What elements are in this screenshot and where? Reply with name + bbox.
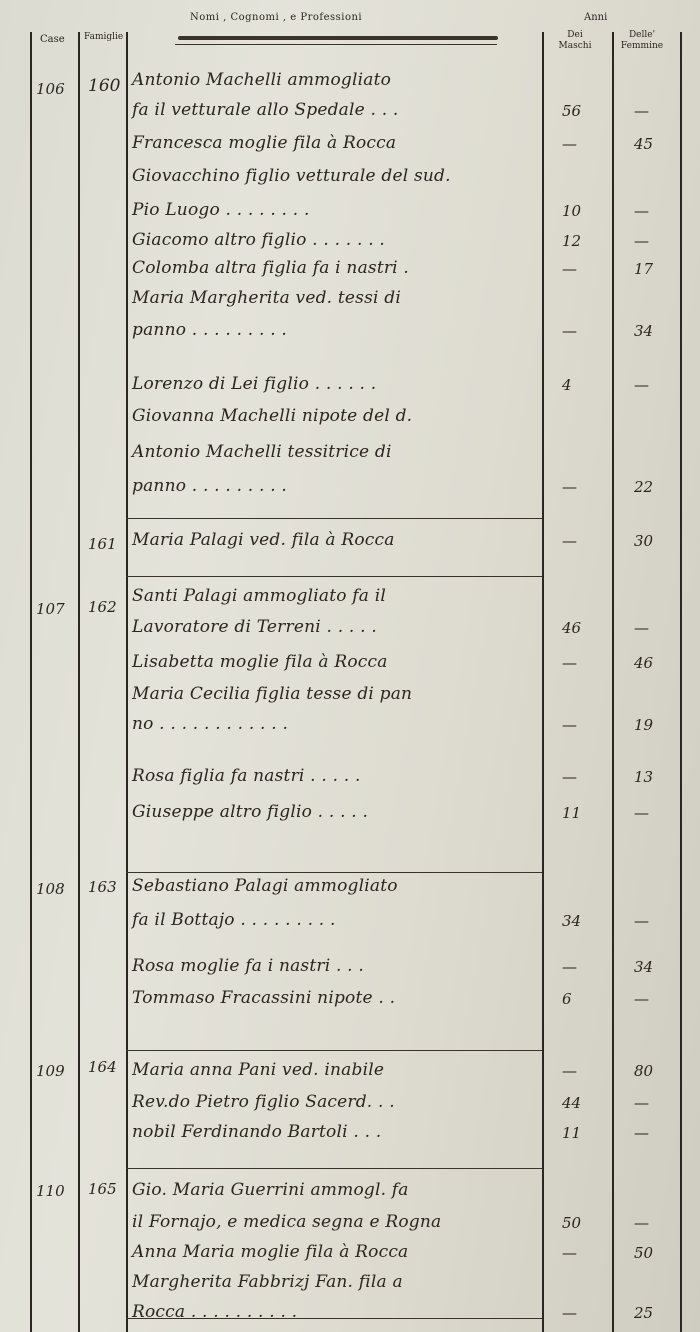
entry-text: Margherita Fabbrizj Fan. fila a <box>132 1272 403 1292</box>
age-female: — <box>634 1214 649 1232</box>
age-female: — <box>634 102 649 120</box>
header-famiglie: Famiglie <box>84 32 123 42</box>
column-rule <box>612 32 614 1332</box>
entry-text: Sebastiano Palagi ammogliato <box>132 876 398 896</box>
age-female: 34 <box>634 958 653 976</box>
age-female: 19 <box>634 716 653 734</box>
age-female: — <box>634 1124 649 1142</box>
casa-number: 106 <box>36 80 65 98</box>
entry-text: Giovanna Machelli nipote del d. <box>132 406 412 426</box>
age-female: — <box>634 990 649 1008</box>
age-male: 10 <box>562 202 581 220</box>
household-separator <box>126 576 542 577</box>
age-female: 17 <box>634 260 653 278</box>
entry-text: Antonio Machelli tessitrice di <box>132 442 392 462</box>
header-femmine: Delle' Femmine <box>616 30 668 52</box>
age-male: — <box>562 478 577 496</box>
famiglia-number: 165 <box>88 1180 117 1198</box>
age-female: 25 <box>634 1304 653 1322</box>
age-male: — <box>562 958 577 976</box>
entry-text: Lorenzo di Lei figlio . . . . . . <box>132 374 376 394</box>
age-female: 13 <box>634 768 653 786</box>
entry-text: Santi Palagi ammogliato fa il <box>132 586 386 606</box>
age-male: — <box>562 1244 577 1262</box>
famiglia-number: 163 <box>88 878 117 896</box>
header-flourish-line <box>175 44 497 45</box>
famiglia-number: 160 <box>88 76 120 96</box>
entry-text: Giuseppe altro figlio . . . . . <box>132 802 368 822</box>
age-female: — <box>634 912 649 930</box>
entry-text: Gio. Maria Guerrini ammogl. fa <box>132 1180 409 1200</box>
entry-text: fa il vetturale allo Spedale . . . <box>132 100 399 120</box>
age-male: — <box>562 135 577 153</box>
entry-text: nobil Ferdinando Bartoli . . . <box>132 1122 381 1142</box>
household-separator <box>126 1050 542 1051</box>
age-female: — <box>634 232 649 250</box>
age-male: 12 <box>562 232 581 250</box>
age-male: 4 <box>562 376 572 394</box>
famiglia-number: 162 <box>88 598 117 616</box>
age-male: 46 <box>562 619 581 637</box>
entry-text: Maria anna Pani ved. inabile <box>132 1060 384 1080</box>
age-female: — <box>634 202 649 220</box>
entry-text: Maria Margherita ved. tessi di <box>132 288 401 308</box>
casa-number: 110 <box>36 1182 65 1200</box>
age-female: 30 <box>634 532 653 550</box>
age-male: 50 <box>562 1214 581 1232</box>
age-female: — <box>634 376 649 394</box>
column-rule <box>542 32 544 1332</box>
entry-text: Rosa figlia fa nastri . . . . . <box>132 766 361 786</box>
entry-text: Lisabetta moglie fila à Rocca <box>132 652 388 672</box>
column-rule <box>78 32 80 1332</box>
header-maschi: Dei Maschi <box>553 30 597 52</box>
header-flourish <box>178 36 498 40</box>
entry-text: fa il Bottajo . . . . . . . . . <box>132 910 336 930</box>
entry-text: panno . . . . . . . . . <box>132 320 287 340</box>
age-male: — <box>562 322 577 340</box>
entry-text: Lavoratore di Terreni . . . . . <box>132 617 377 637</box>
entry-text: Rocca . . . . . . . . . . <box>132 1302 297 1322</box>
entry-text: Giacomo altro figlio . . . . . . . <box>132 230 385 250</box>
entry-text: Colomba altra figlia fa i nastri . <box>132 258 409 278</box>
famiglia-number: 161 <box>88 535 117 553</box>
age-male: 56 <box>562 102 581 120</box>
entry-text: Antonio Machelli ammogliato <box>132 70 391 90</box>
header-anni: Anni <box>584 12 607 23</box>
entry-text: Pio Luogo . . . . . . . . <box>132 200 310 220</box>
age-male: 11 <box>562 1124 581 1142</box>
age-male: — <box>562 260 577 278</box>
age-male: — <box>562 654 577 672</box>
column-rule <box>680 32 682 1332</box>
age-male: 44 <box>562 1094 581 1112</box>
age-male: 34 <box>562 912 581 930</box>
entry-text: no . . . . . . . . . . . . <box>132 714 288 734</box>
age-male: — <box>562 716 577 734</box>
entry-text: panno . . . . . . . . . <box>132 476 287 496</box>
famiglia-number: 164 <box>88 1058 117 1076</box>
age-female: 45 <box>634 135 653 153</box>
column-rule <box>30 32 32 1332</box>
entry-text: Rev.do Pietro figlio Sacerd. . . <box>132 1092 395 1112</box>
census-register-page: Case Famiglie Nomi , Cognomi , e Profess… <box>0 0 700 1332</box>
casa-number: 109 <box>36 1062 65 1080</box>
age-male: — <box>562 532 577 550</box>
age-female: — <box>634 619 649 637</box>
age-male: — <box>562 1062 577 1080</box>
age-male: — <box>562 768 577 786</box>
entry-text: Tommaso Fracassini nipote . . <box>132 988 395 1008</box>
age-female: 80 <box>634 1062 653 1080</box>
entry-text: Maria Cecilia figlia tesse di pan <box>132 684 412 704</box>
household-separator <box>126 872 542 873</box>
entry-text: Giovacchino figlio vetturale del sud. <box>132 166 451 186</box>
household-separator <box>126 1168 542 1169</box>
age-female: 46 <box>634 654 653 672</box>
age-female: 50 <box>634 1244 653 1262</box>
age-male: 6 <box>562 990 572 1008</box>
column-rule <box>126 32 128 1332</box>
header-nomi: Nomi , Cognomi , e Professioni <box>190 12 362 23</box>
entry-text: Francesca moglie fila à Rocca <box>132 133 396 153</box>
entry-text: Rosa moglie fa i nastri . . . <box>132 956 364 976</box>
age-female: 34 <box>634 322 653 340</box>
age-female: 22 <box>634 478 653 496</box>
age-female: — <box>634 804 649 822</box>
entry-text: Anna Maria moglie fila à Rocca <box>132 1242 408 1262</box>
casa-number: 107 <box>36 600 65 618</box>
entry-text: il Fornajo, e medica segna e Rogna <box>132 1212 441 1232</box>
header-case: Case <box>40 34 65 45</box>
household-separator <box>126 518 542 519</box>
age-female: — <box>634 1094 649 1112</box>
casa-number: 108 <box>36 880 65 898</box>
entry-text: Maria Palagi ved. fila à Rocca <box>132 530 395 550</box>
age-male: — <box>562 1304 577 1322</box>
age-male: 11 <box>562 804 581 822</box>
